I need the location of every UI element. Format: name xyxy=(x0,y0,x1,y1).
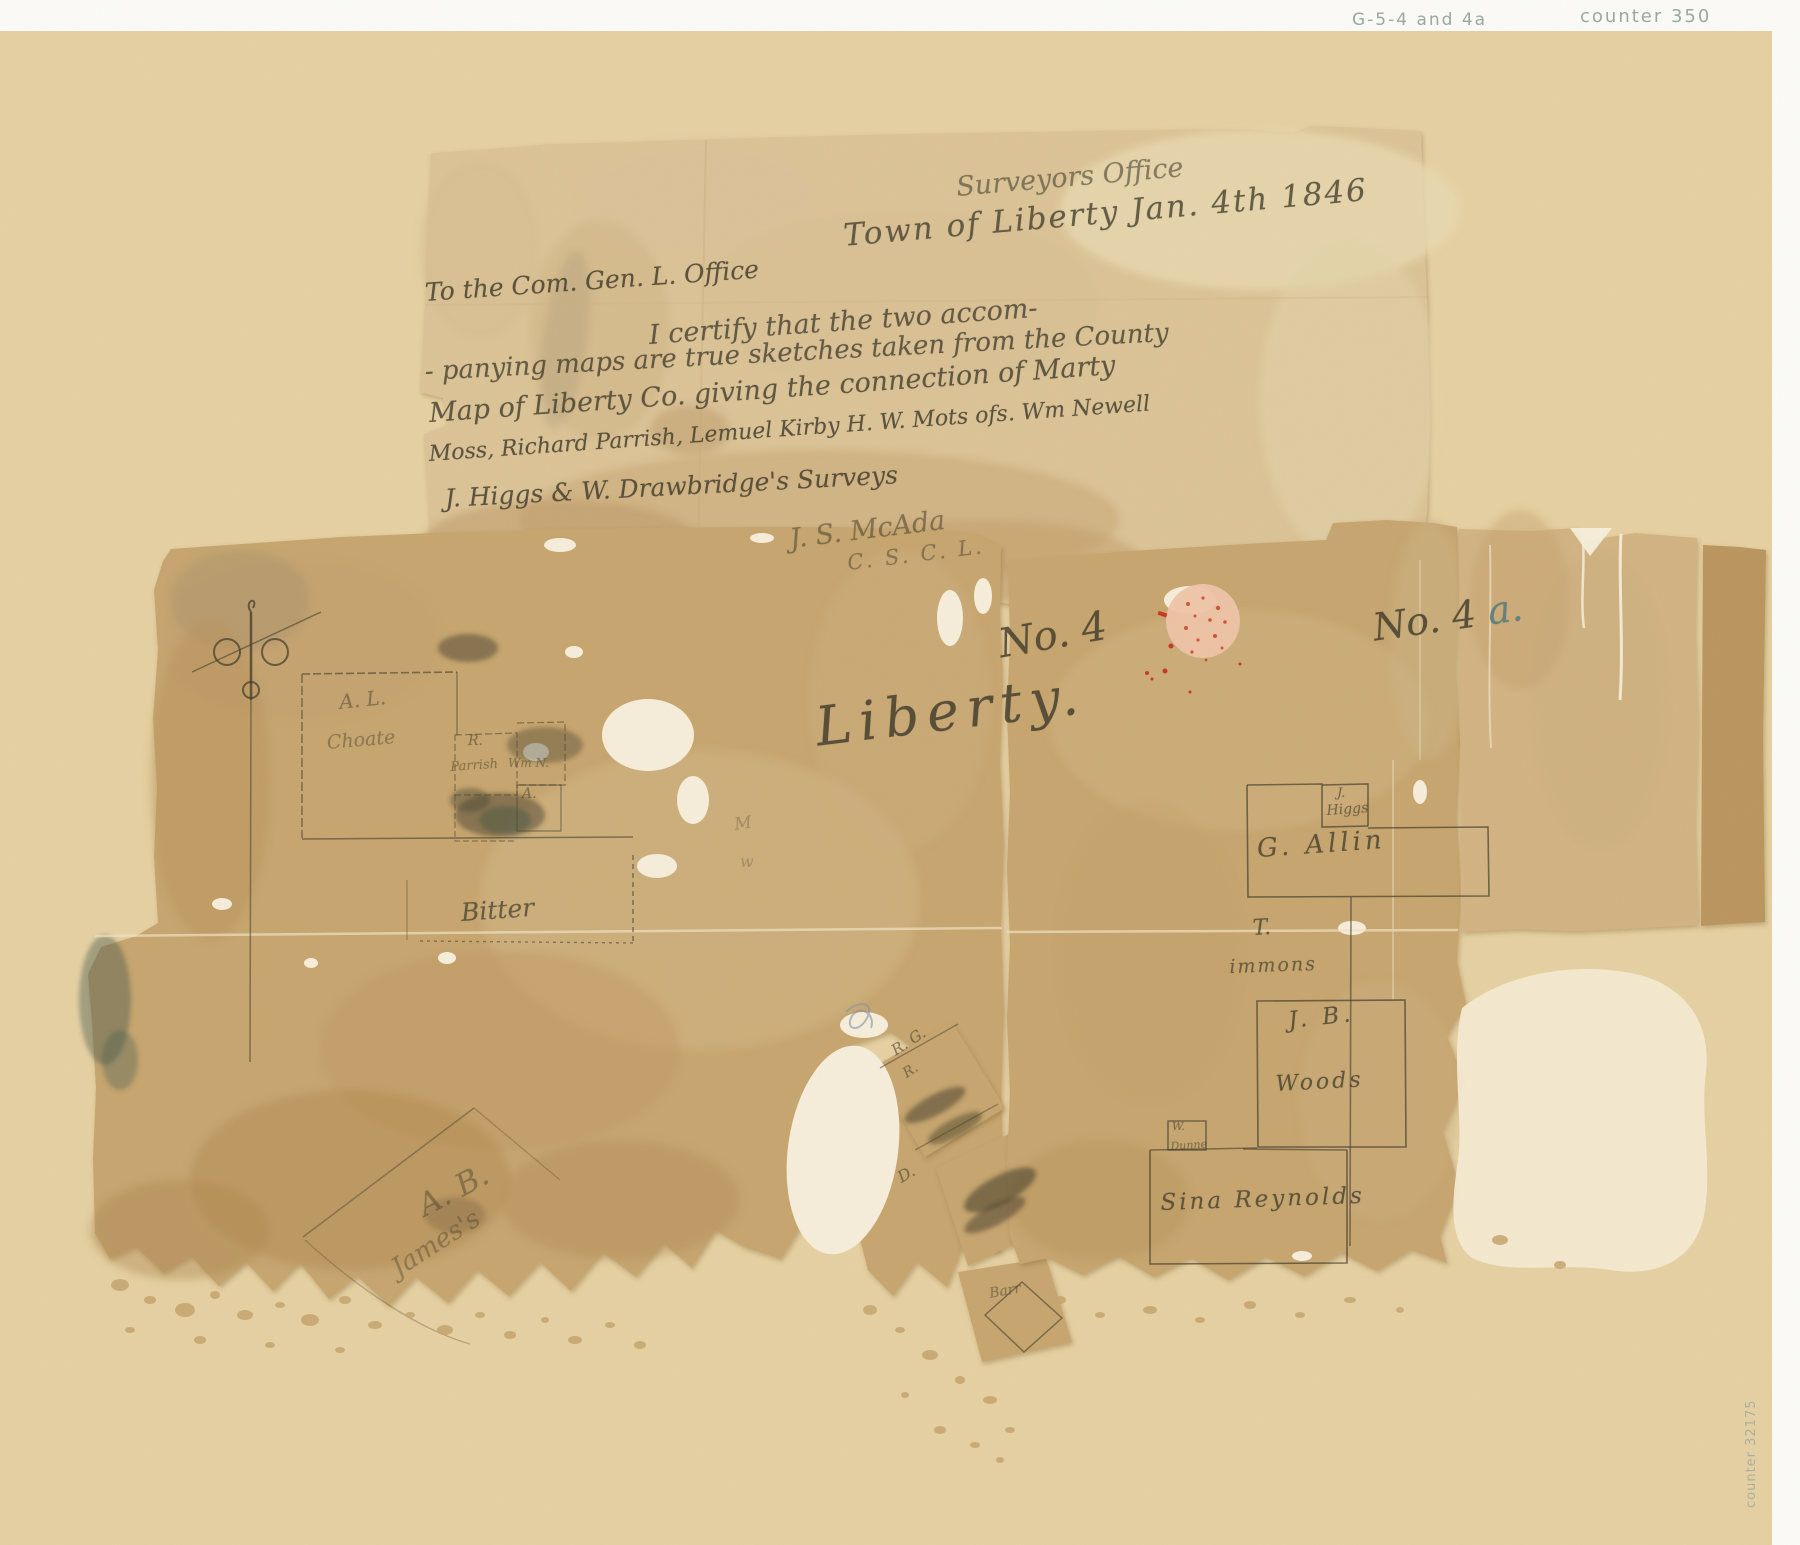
lot-label-higgs-2: Higgs xyxy=(1326,800,1369,819)
lot-label-al-choate-1: A. L. xyxy=(338,685,387,714)
lot-label-bitter: Bitter xyxy=(460,893,535,927)
faint-mark-w: w xyxy=(740,852,754,871)
lot-label-timmons-2: immons xyxy=(1229,953,1317,978)
lot-label-higgs-1: J. xyxy=(1337,786,1345,801)
map-no4a-sheet-label-suffix: a. xyxy=(1485,585,1526,633)
lot-label-woods-2: Woods xyxy=(1275,1067,1364,1097)
pencil-counter: counter 350 xyxy=(1580,6,1711,27)
lot-label-wm-n: Wm N. xyxy=(508,756,549,770)
document-scan: G-5-4 and 4a counter 350 counter 32175 S… xyxy=(0,0,1800,1545)
lot-label-dunne-1: W. xyxy=(1172,1120,1185,1133)
faint-mark-m: M xyxy=(733,813,753,835)
lot-label-timmons-1: T. xyxy=(1252,915,1272,941)
pencil-side-counter: counter 32175 xyxy=(1744,1358,1759,1508)
lot-label-r: R. xyxy=(468,733,483,749)
lot-label-a: A. xyxy=(522,786,537,802)
pencil-archive-code: G-5-4 and 4a xyxy=(1352,10,1487,30)
lot-label-dunne-2: Dunne xyxy=(1170,1137,1207,1153)
